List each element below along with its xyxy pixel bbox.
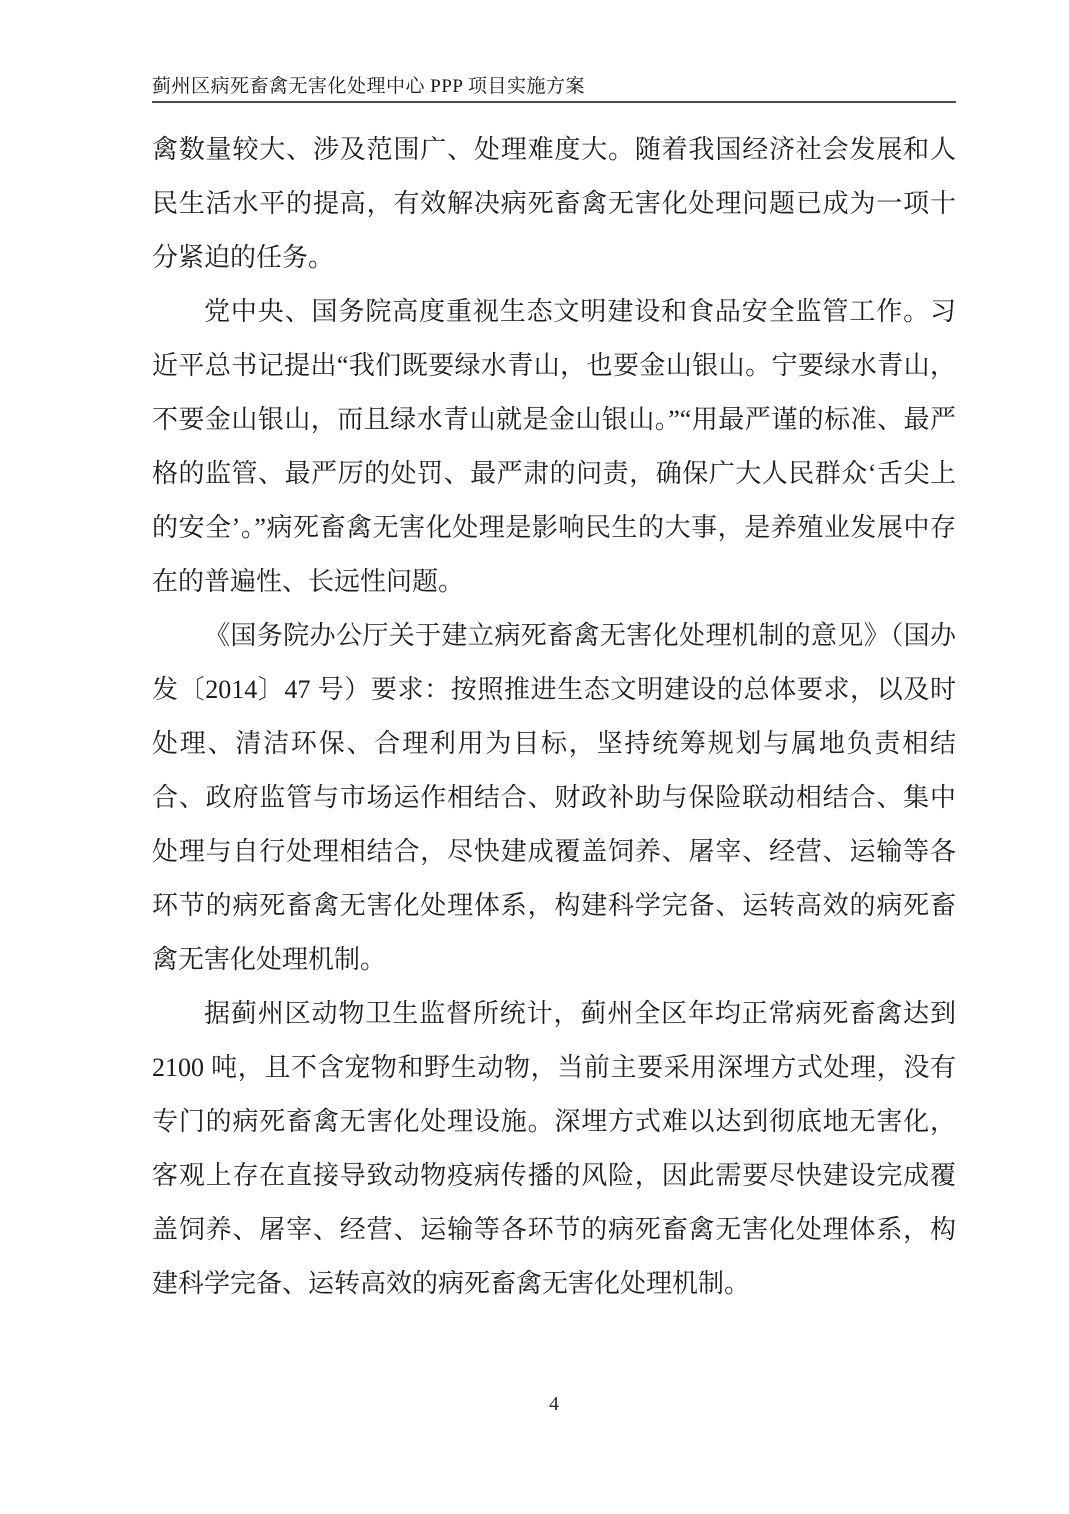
paragraph-2: 党中央、国务院高度重视生态文明建设和食品安全监管工作。习近平总书记提出“我们既要… [152,285,956,609]
paragraph-1: 禽数量较大、涉及范围广、处理难度大。随着我国经济社会发展和人民生活水平的提高，有… [152,123,956,285]
page-footer: 4 [152,1392,956,1416]
header-title: 蓟州区病死畜禽无害化处理中心 PPP 项目实施方案 [152,76,585,97]
page-number: 4 [549,1393,559,1415]
page-header: 蓟州区病死畜禽无害化处理中心 PPP 项目实施方案 [152,76,956,103]
document-body: 禽数量较大、涉及范围广、处理难度大。随着我国经济社会发展和人民生活水平的提高，有… [152,123,956,1311]
paragraph-3: 《国务院办公厅关于建立病死畜禽无害化处理机制的意见》（国办发〔2014〕47 号… [152,609,956,987]
document-page: 蓟州区病死畜禽无害化处理中心 PPP 项目实施方案 禽数量较大、涉及范围广、处理… [0,0,1069,1514]
paragraph-4: 据蓟州区动物卫生监督所统计，蓟州全区年均正常病死畜禽达到2100 吨，且不含宠物… [152,987,956,1311]
